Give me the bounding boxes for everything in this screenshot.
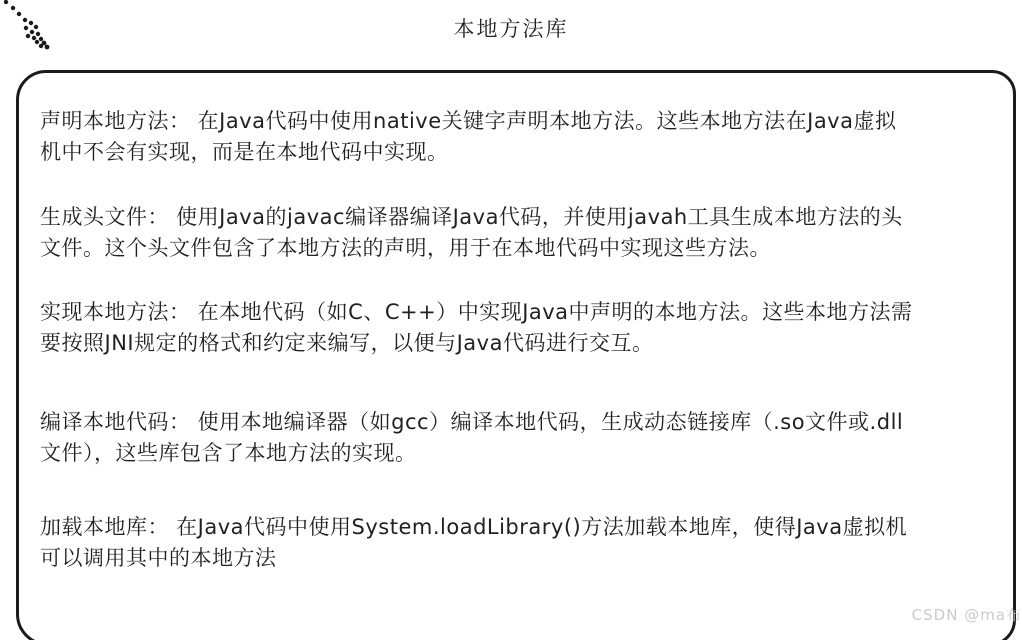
paragraph-line: 生成头文件： 使用Java的javac编译器编译Java代码，并使用javah工…	[40, 202, 995, 233]
paragraph-implement-native-method: 实现本地方法： 在本地代码（如C、C++）中实现Java中声明的本地方法。这些本…	[40, 297, 995, 359]
paragraph-declare-native-method: 声明本地方法： 在Java代码中使用native关键字声明本地方法。这些本地方法…	[40, 106, 995, 168]
paragraph-line: 实现本地方法： 在本地代码（如C、C++）中实现Java中声明的本地方法。这些本…	[40, 297, 995, 328]
paragraph-line: 机中不会有实现，而是在本地代码中实现。	[40, 137, 995, 168]
paragraph-line: 加载本地库： 在Java代码中使用System.loadLibrary()方法加…	[40, 512, 995, 543]
paragraph-line: 编译本地代码： 使用本地编译器（如gcc）编译本地代码，生成动态链接库（.so文…	[40, 407, 995, 438]
paragraph-line: 文件。这个头文件包含了本地方法的声明，用于在本地代码中实现这些方法。	[40, 233, 995, 264]
paragraph-load-native-library: 加载本地库： 在Java代码中使用System.loadLibrary()方法加…	[40, 512, 995, 574]
paragraph-line: 可以调用其中的本地方法	[40, 543, 995, 574]
content-box: 声明本地方法： 在Java代码中使用native关键字声明本地方法。这些本地方法…	[16, 70, 1016, 640]
page-title: 本地方法库	[0, 16, 1022, 42]
paragraph-compile-native-code: 编译本地代码： 使用本地编译器（如gcc）编译本地代码，生成动态链接库（.so文…	[40, 407, 995, 469]
paragraph-line: 文件），这些库包含了本地方法的实现。	[40, 438, 995, 469]
paragraph-line: 要按照JNI规定的格式和约定来编写，以便与Java代码进行交互。	[40, 328, 995, 359]
page: 本地方法库 声明本地方法： 在Java代码中使用native关键字声明本地方法。…	[0, 0, 1022, 640]
paragraph-generate-header: 生成头文件： 使用Java的javac编译器编译Java代码，并使用javah工…	[40, 202, 995, 264]
csdn-watermark: CSDN @ma布	[912, 604, 1022, 625]
paragraph-line: 声明本地方法： 在Java代码中使用native关键字声明本地方法。这些本地方法…	[40, 106, 995, 137]
